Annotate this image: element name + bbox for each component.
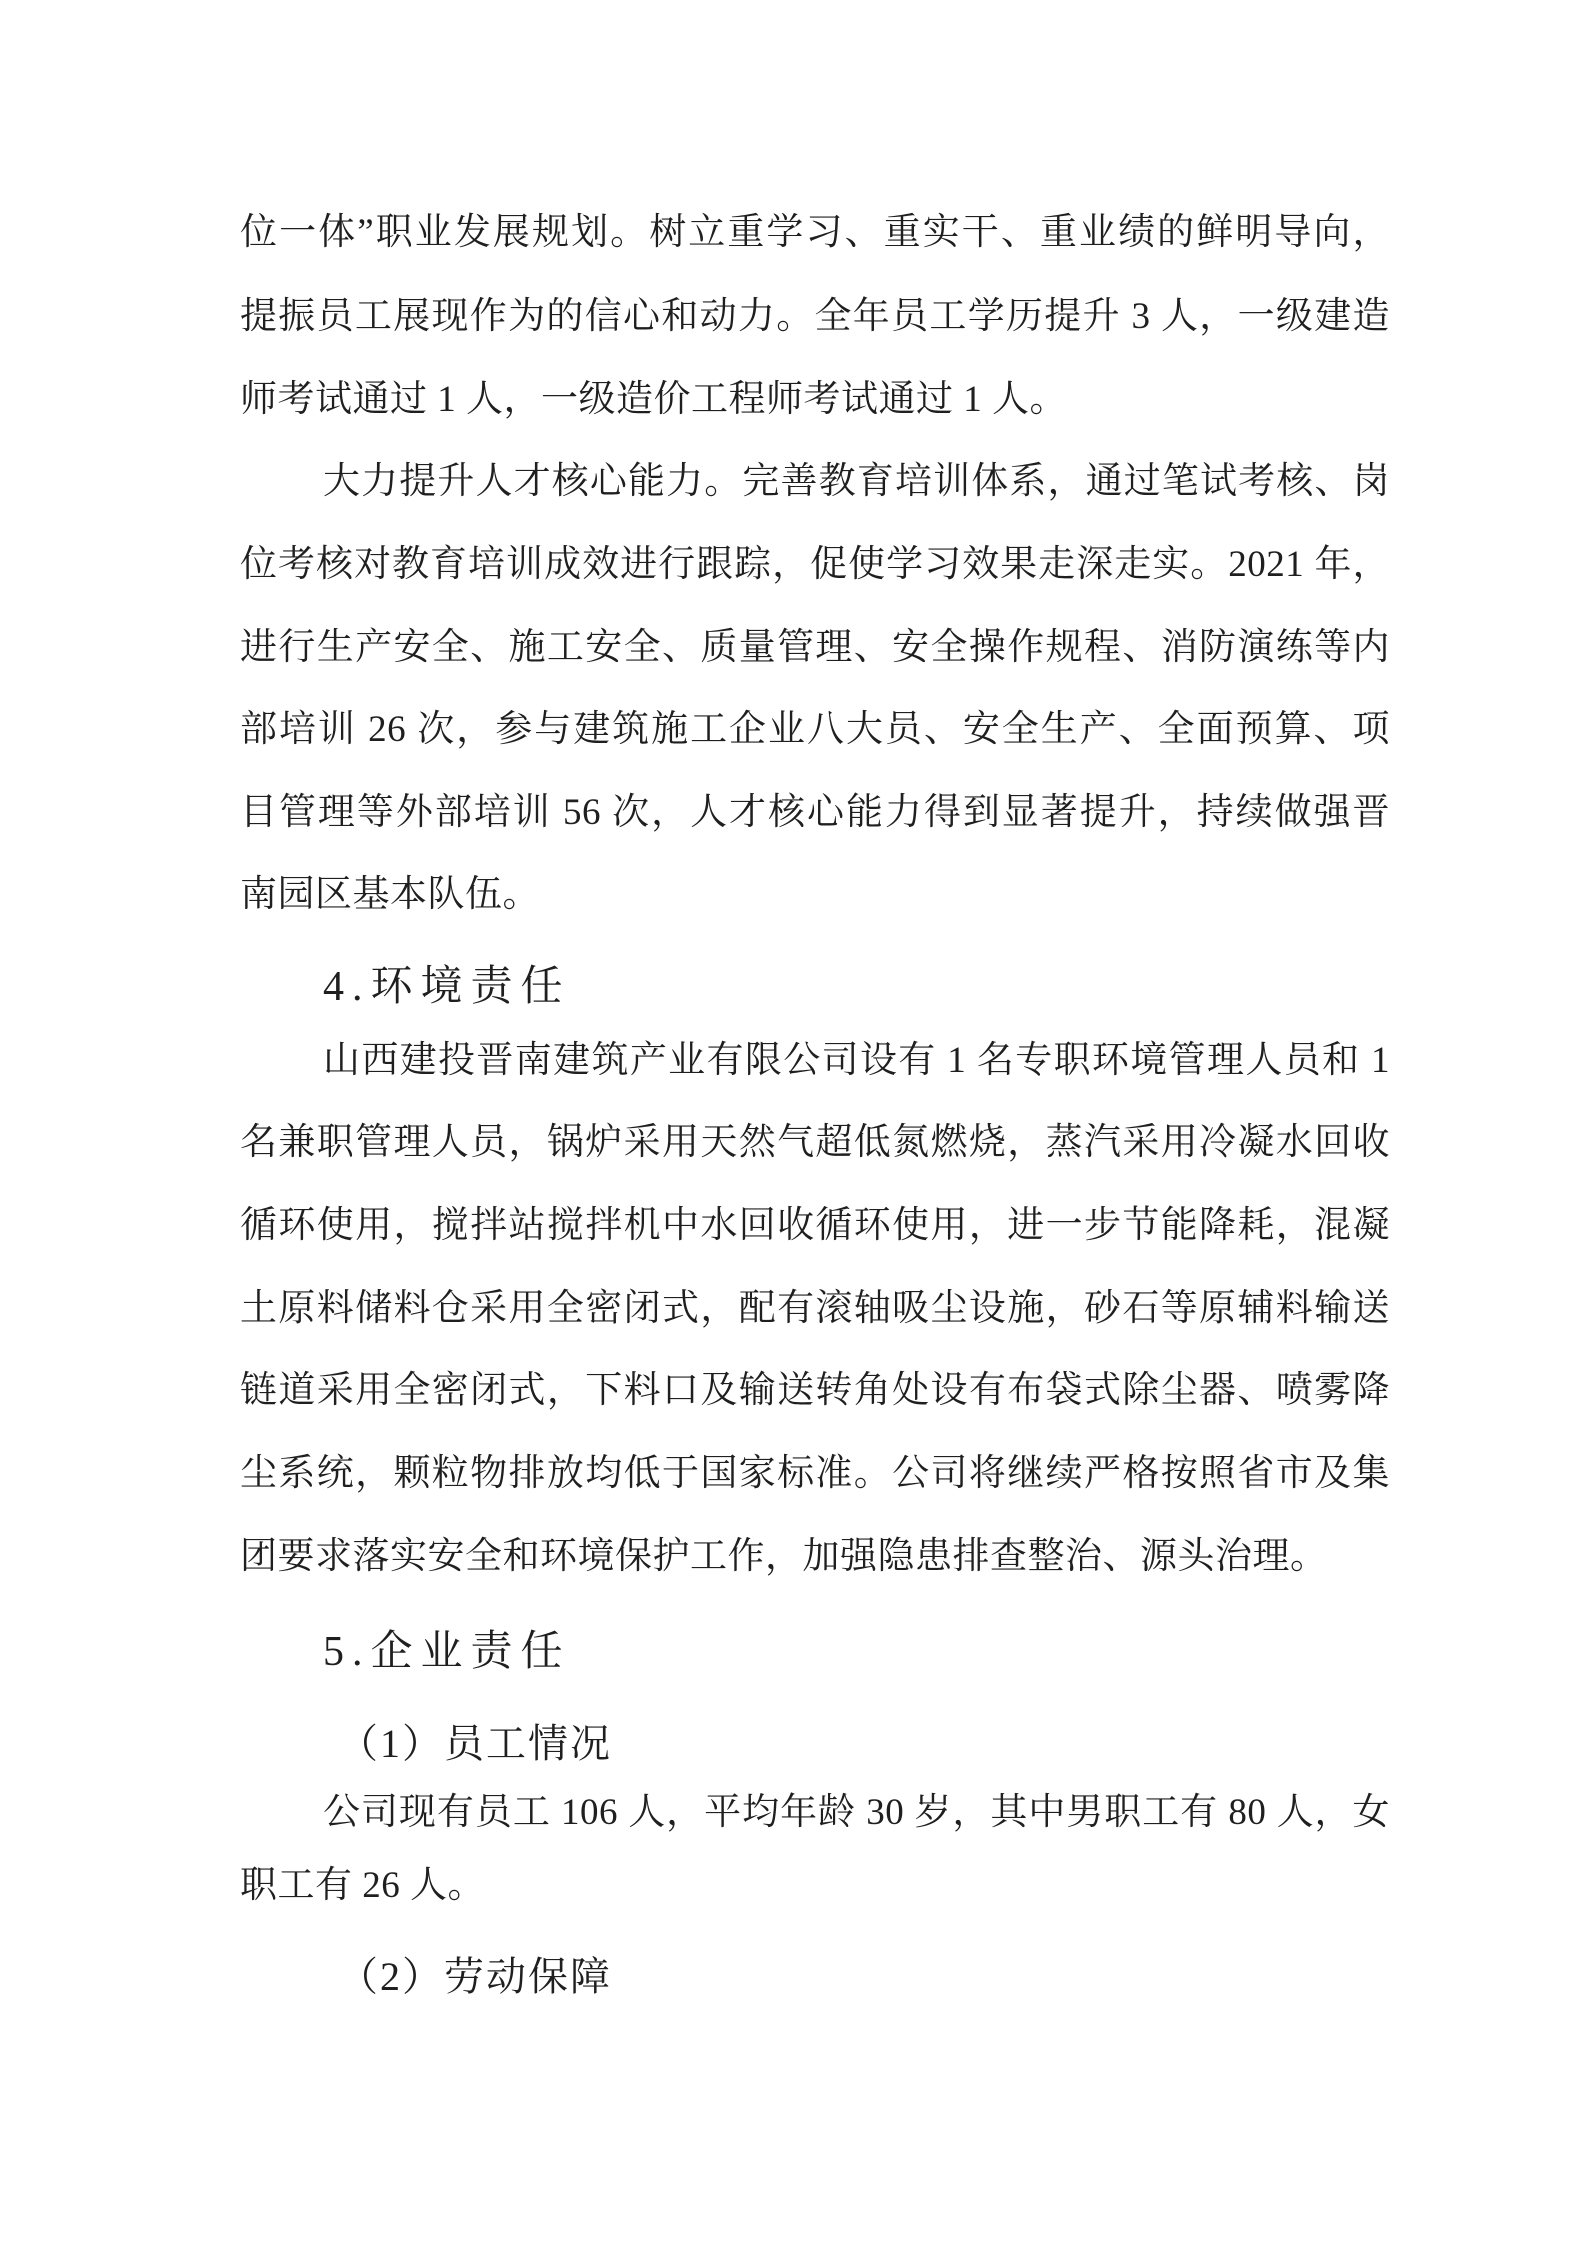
body-text-line: 链道采用全密闭式，下料口及输送转角处设有布袋式除尘器、喷雾降 <box>240 1367 1390 1415</box>
body-text-line: 山西建投晋南建筑产业有限公司设有 1 名专职环境管理人员和 1 <box>240 1037 1390 1085</box>
body-text-line: 部培训 26 次，参与建筑施工企业八大员、安全生产、全面预算、项 <box>240 706 1390 754</box>
section-heading-environment: 4.环境责任 <box>240 963 571 1011</box>
body-text-line: 提振员工展现作为的信心和动力。全年员工学历提升 3 人，一级建造 <box>240 293 1390 341</box>
document-page: 位一体”职业发展规划。树立重学习、重实干、重业绩的鲜明导向， 提振员工展现作为的… <box>0 0 1587 2245</box>
body-text-line: 大力提升人才核心能力。完善教育培训体系，通过笔试考核、岗 <box>240 458 1390 506</box>
body-text-line: 团要求落实安全和环境保护工作，加强隐患排查整治、源头治理。 <box>240 1533 1390 1581</box>
body-text-line: 名兼职管理人员，锅炉采用天然气超低氮燃烧，蒸汽采用冷凝水回收 <box>240 1119 1390 1167</box>
body-text-line: 循环使用，搅拌站搅拌机中水回收循环使用，进一步节能降耗，混凝 <box>240 1202 1390 1250</box>
body-text-line: 师考试通过 1 人，一级造价工程师考试通过 1 人。 <box>240 376 1390 424</box>
body-text-line: 南园区基本队伍。 <box>240 871 1390 919</box>
body-text-line: 目管理等外部培训 56 次，人才核心能力得到显著提升，持续做强晋 <box>240 789 1390 837</box>
section-heading-enterprise: 5.企业责任 <box>240 1628 571 1676</box>
body-text-line: 位一体”职业发展规划。树立重学习、重实干、重业绩的鲜明导向， <box>240 209 1390 257</box>
body-text-line: 位考核对教育培训成效进行跟踪，促使学习效果走深走实。2021 年， <box>240 541 1390 589</box>
body-text-line: 土原料储料仓采用全密闭式，配有滚轴吸尘设施，砂石等原辅料输送 <box>240 1285 1390 1333</box>
body-text-line: 尘系统，颗粒物排放均低于国家标准。公司将继续严格按照省市及集 <box>240 1450 1390 1498</box>
sub-heading-labor-security: （2）劳动保障 <box>240 1953 612 2001</box>
body-text-line: 公司现有员工 106 人，平均年龄 30 岁，其中男职工有 80 人，女 <box>240 1789 1390 1837</box>
sub-heading-staff-situation: （1）员工情况 <box>240 1720 612 1768</box>
body-text-line: 职工有 26 人。 <box>240 1862 1390 1910</box>
body-text-line: 进行生产安全、施工安全、质量管理、安全操作规程、消防演练等内 <box>240 624 1390 672</box>
